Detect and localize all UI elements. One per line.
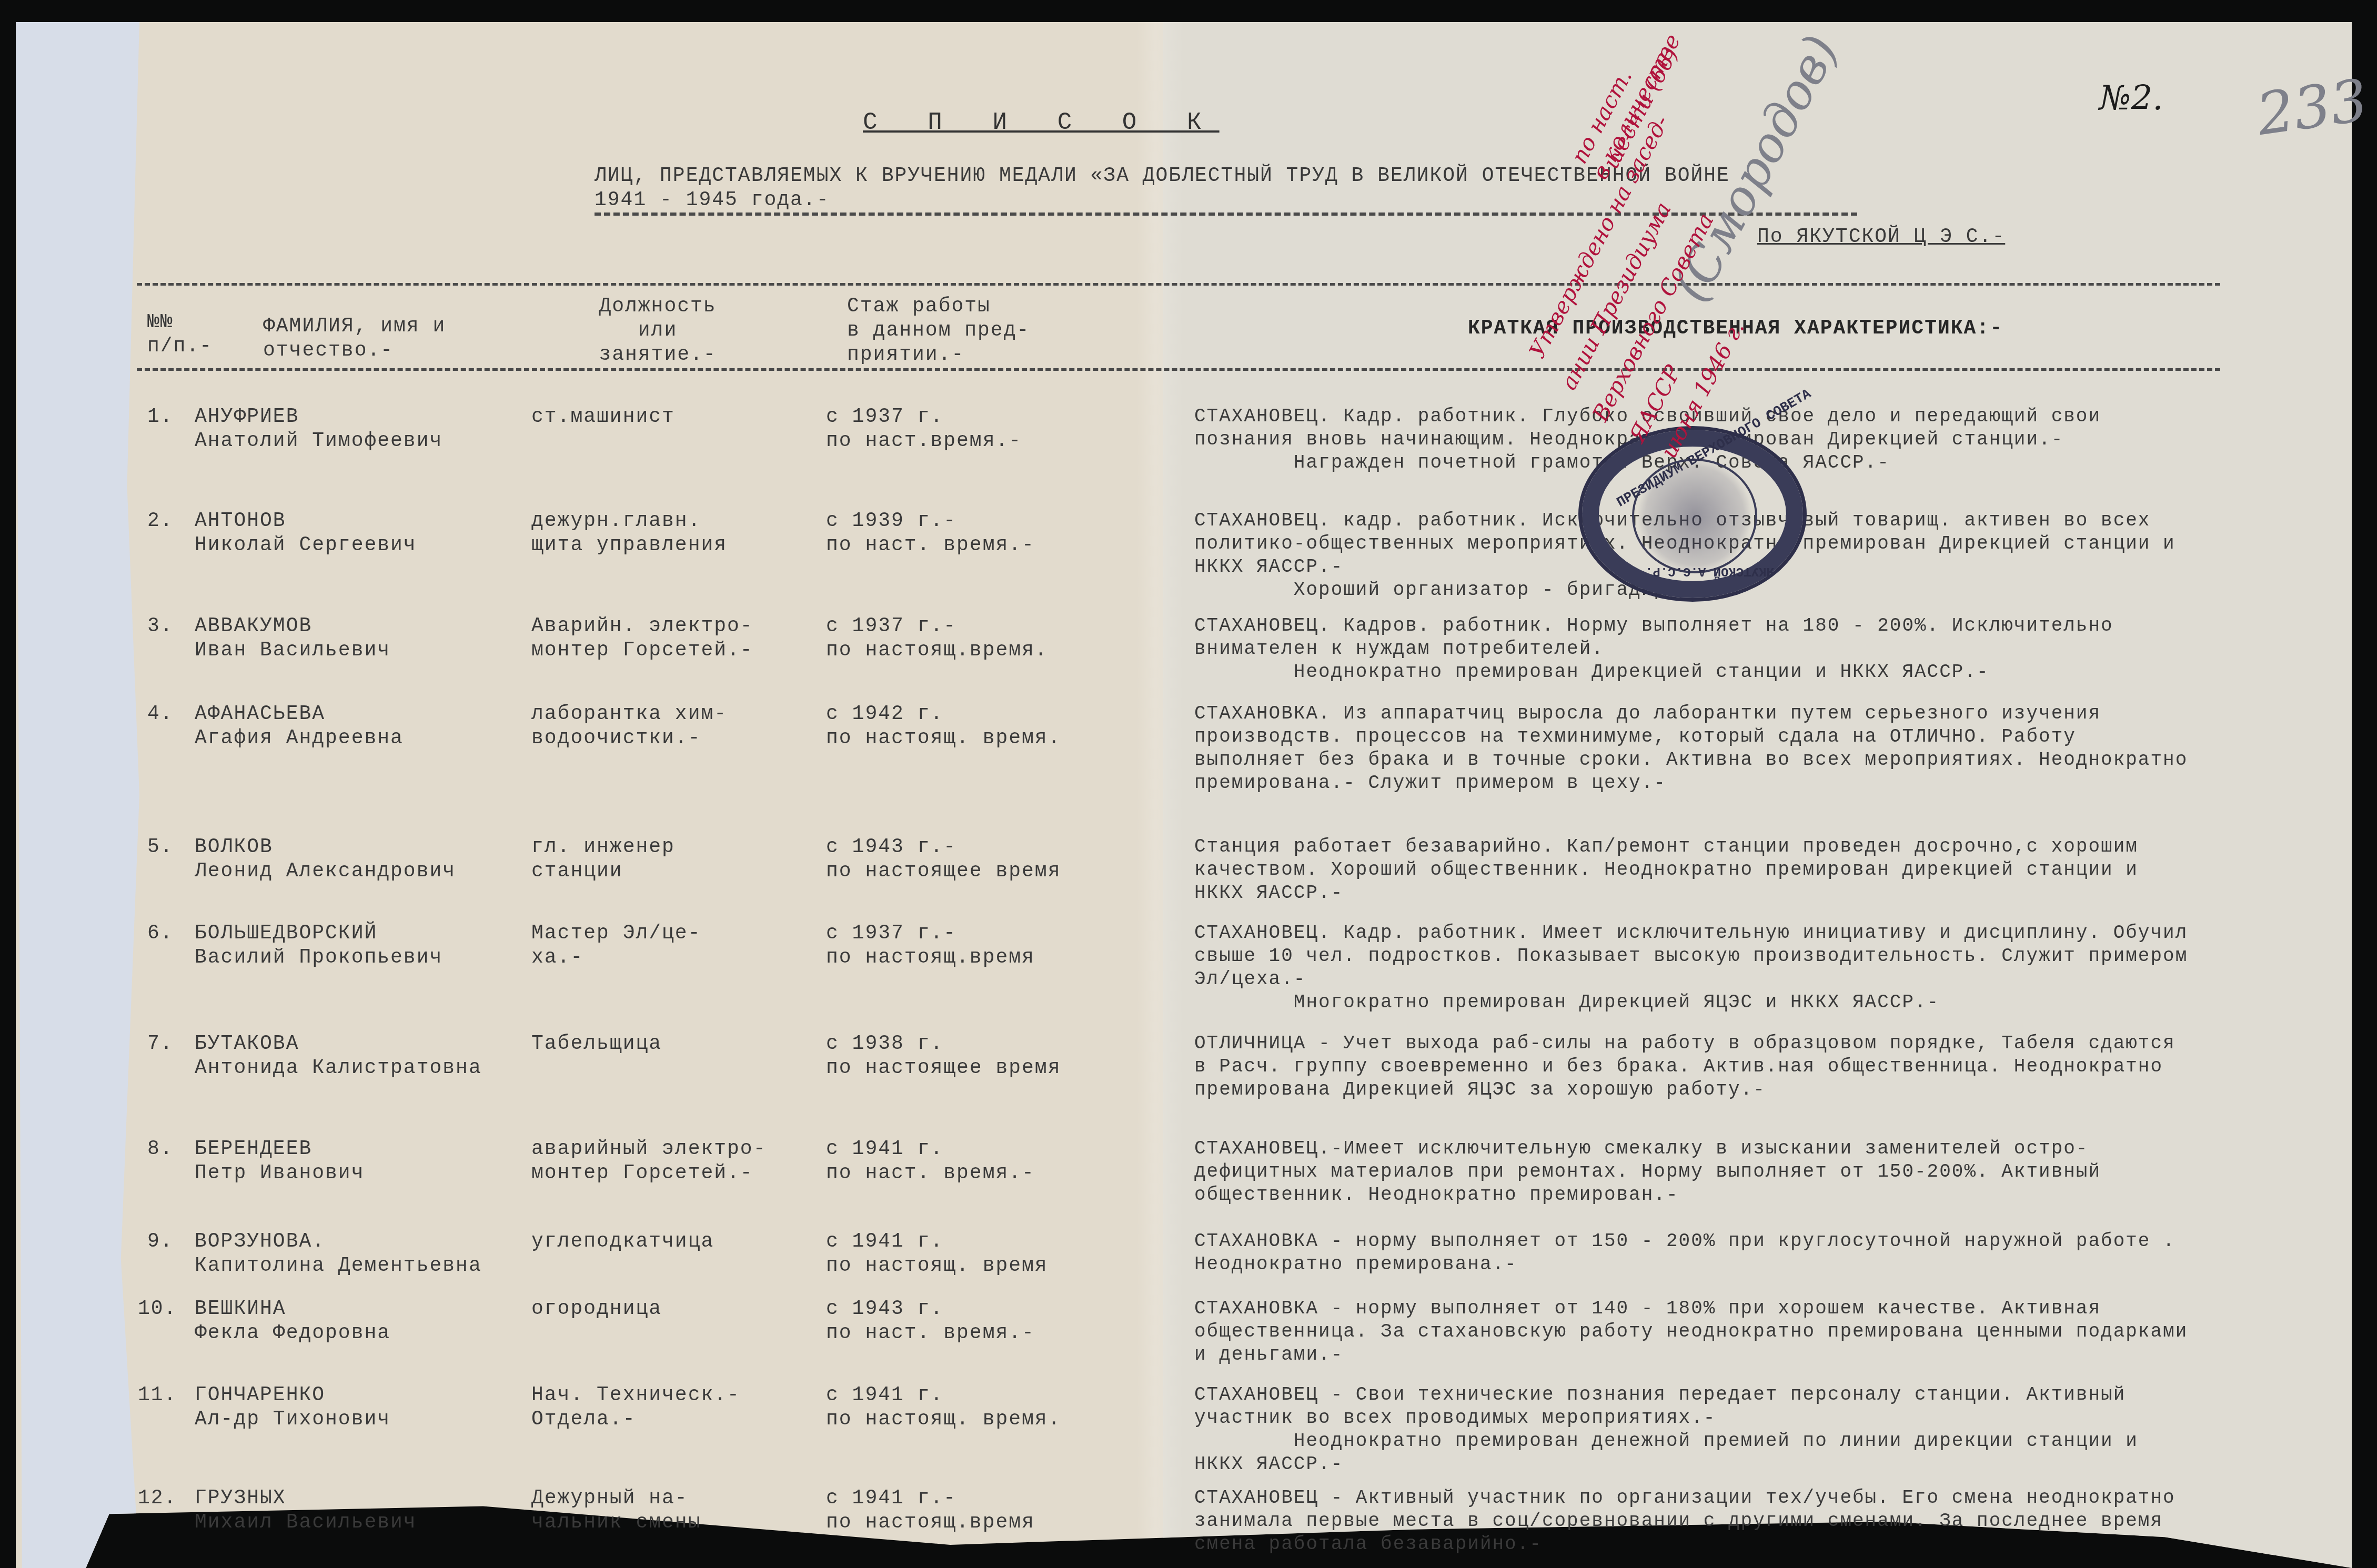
row-number: 6. [147, 922, 174, 946]
header-num-line2: п/п.- [147, 335, 213, 359]
row-tenure-end: по настоящее время [826, 859, 1061, 884]
header-position-line1: Должность [558, 295, 758, 319]
row-given-names: Петр Иванович [195, 1161, 364, 1186]
row-position-line2: чальник смены [531, 1511, 701, 1535]
row-tenure-end: по настоящ.время. [826, 639, 1048, 663]
row-tenure-start: с 1943 г.- [826, 835, 956, 859]
document-subtitle-line1: ЛИЦ, ПРЕДСТАВЛЯЕМЫХ К ВРУЧЕНИЮ МЕДАЛИ «З… [595, 164, 1730, 188]
row-position-line2: щита управления [531, 533, 727, 558]
row-number: 9. [147, 1230, 174, 1254]
row-description: СТАХАНОВЕЦ - Активный участник по органи… [1194, 1486, 2194, 1556]
row-tenure-end: по наст. время.- [826, 1161, 1035, 1186]
row-surname: ВОЛКОВ [195, 835, 273, 859]
header-position-line2: или [558, 319, 758, 343]
header-tenure-line1: Стаж работы [847, 295, 991, 319]
row-position-line2: станции [531, 859, 623, 884]
row-given-names: Николай Сергеевич [195, 533, 417, 558]
row-tenure-start: с 1941 г. [826, 1230, 943, 1254]
row-position-line1: лаборантка хим- [531, 702, 727, 726]
row-tenure-start: с 1938 г. [826, 1032, 943, 1056]
row-tenure-end: по наст. время.- [826, 1321, 1035, 1346]
row-tenure-start: с 1939 г.- [826, 509, 956, 533]
row-description: СТАХАНОВКА - норму выполняет от 150 - 20… [1194, 1230, 2194, 1276]
row-surname: АНУФРИЕВ [195, 405, 299, 429]
row-tenure-end: по настоящ. время. [826, 1408, 1061, 1432]
row-position-line2: водоочистки.- [531, 726, 701, 751]
organization-label: По ЯКУТСКОЙ Ц Э С.- [1757, 225, 2005, 249]
row-given-names: Агафия Андреевна [195, 726, 404, 751]
document-title: С П И С О К [863, 110, 1220, 135]
row-position: Табельщица [531, 1032, 662, 1056]
page-number-handwritten: №2. [2099, 79, 2163, 118]
row-given-names: Фекла Федоровна [195, 1321, 390, 1346]
archive-folio-number: 233 [2253, 66, 2372, 148]
row-tenure-start: с 1942 г. [826, 702, 943, 726]
row-surname: АФАНАСЬЕВА [195, 702, 325, 726]
row-surname: ВОРЗУНОВА. [195, 1230, 325, 1254]
header-tenure-line2: в данном пред- [847, 319, 1030, 343]
header-position-line3: занятие.- [558, 343, 758, 367]
row-description: СТАХАНОВКА. Из аппаратчиц выросла до лаб… [1194, 702, 2194, 795]
row-given-names: Анатолий Тимофеевич [195, 429, 442, 453]
row-description: СТАХАНОВЕЦ. Кадров. работник. Норму выпо… [1194, 614, 2194, 684]
row-position-line1: Нач. Техническ.- [531, 1383, 740, 1408]
row-surname: БОЛЬШЕДВОРСКИЙ [195, 922, 377, 946]
row-number: 3. [147, 614, 174, 639]
row-description: Станция работает безаварийно. Кап/ремонт… [1194, 835, 2194, 905]
row-number: 8. [147, 1137, 174, 1161]
row-tenure-start: с 1943 г. [826, 1297, 943, 1321]
header-name-line1: ФАМИЛИЯ, имя и [263, 315, 446, 339]
row-tenure-end: по настоящее время [826, 1056, 1061, 1080]
row-given-names: Капитолина Дементьевна [195, 1254, 482, 1278]
seal-bottom-text: ЯКУТСКОЙ А.С.С.Р. [1645, 564, 1774, 578]
row-position: ст.машинист [531, 405, 675, 429]
row-position-line2: ха.- [531, 946, 583, 970]
mounting-strip [16, 22, 139, 1568]
row-tenure-start: с 1941 г. [826, 1383, 943, 1408]
row-tenure-end: по настоящ. время. [826, 726, 1061, 751]
row-position: огородница [531, 1297, 662, 1321]
row-surname: ГРУЗНЫХ [195, 1486, 286, 1511]
row-position-line2: монтер Горсетей.- [531, 639, 753, 663]
header-name-line2: отчество.- [263, 339, 394, 363]
row-number: 4. [147, 702, 174, 726]
row-number: 5. [147, 835, 174, 859]
header-tenure-line3: приятии.- [847, 343, 964, 367]
row-given-names: Иван Васильевич [195, 639, 390, 663]
row-position: углеподкатчица [531, 1230, 714, 1254]
row-given-names: Василий Прокопьевич [195, 946, 442, 970]
row-surname: БУТАКОВА [195, 1032, 299, 1056]
row-position-line1: гл. инженер [531, 835, 675, 859]
row-description: СТАХАНОВКА - норму выполняет от 140 - 18… [1194, 1297, 2194, 1367]
row-tenure-start: с 1937 г. [826, 405, 943, 429]
row-tenure-end: по наст. время.- [826, 533, 1035, 558]
row-surname: ГОНЧАРЕНКО [195, 1383, 325, 1408]
official-seal-stamp: ПРЕЗИДИУМ ВЕРХОВНОГО СОВЕТА ЯКУТСКОЙ А.С… [1578, 426, 1807, 602]
row-position-line1: Дежурный на- [531, 1486, 688, 1511]
row-position-line2: монтер Горсетей.- [531, 1161, 753, 1186]
row-number: 10. [138, 1297, 177, 1321]
row-position-line2: Отдела.- [531, 1408, 636, 1432]
row-given-names: Антонида Калистратовна [195, 1056, 482, 1080]
row-surname: АНТОНОВ [195, 509, 286, 533]
row-position-line1: Мастер Эл/це- [531, 922, 701, 946]
header-num-line1: №№ [147, 310, 174, 335]
row-tenure-end: по настоящ.время [826, 1511, 1035, 1535]
row-description: СТАХАНОВЕЦ. Кадр. работник. Имеет исключ… [1194, 922, 2194, 1014]
row-position-line1: дежурн.главн. [531, 509, 701, 533]
row-number: 12. [138, 1486, 177, 1511]
row-tenure-end: по настоящ.время [826, 946, 1035, 970]
row-tenure-end: по настоящ. время [826, 1254, 1048, 1278]
row-number: 11. [138, 1383, 177, 1408]
row-tenure-start: с 1937 г.- [826, 922, 956, 946]
row-position-line1: аварийный электро- [531, 1137, 766, 1161]
row-description: ОТЛИЧНИЦА - Учет выхода раб-силы на рабо… [1194, 1032, 2194, 1101]
row-given-names: Леонид Александрович [195, 859, 456, 884]
row-tenure-start: с 1941 г. [826, 1137, 943, 1161]
document-subtitle-line2: 1941 - 1945 года.- [595, 188, 829, 213]
row-number: 2. [147, 509, 174, 533]
row-surname: ВЕШКИНА [195, 1297, 286, 1321]
row-description: СТАХАНОВЕЦ - Свои технические познания п… [1194, 1383, 2194, 1476]
header-top-rule [137, 283, 2220, 286]
row-tenure-end: по наст.время.- [826, 429, 1022, 453]
row-given-names: Ал-др Тихонович [195, 1408, 390, 1432]
row-number: 7. [147, 1032, 174, 1056]
row-description: СТАХАНОВЕЦ.-Имеет исключительную смекалк… [1194, 1137, 2194, 1207]
row-surname: АВВАКУМОВ [195, 614, 312, 639]
row-position-line1: Аварийн. электро- [531, 614, 753, 639]
row-surname: БЕРЕНДЕЕВ [195, 1137, 312, 1161]
row-number: 1. [147, 405, 174, 429]
row-tenure-start: с 1937 г.- [826, 614, 956, 639]
row-tenure-start: с 1941 г.- [826, 1486, 956, 1511]
row-given-names: Михаил Васильевич [195, 1511, 417, 1535]
header-bottom-rule [137, 368, 2220, 371]
